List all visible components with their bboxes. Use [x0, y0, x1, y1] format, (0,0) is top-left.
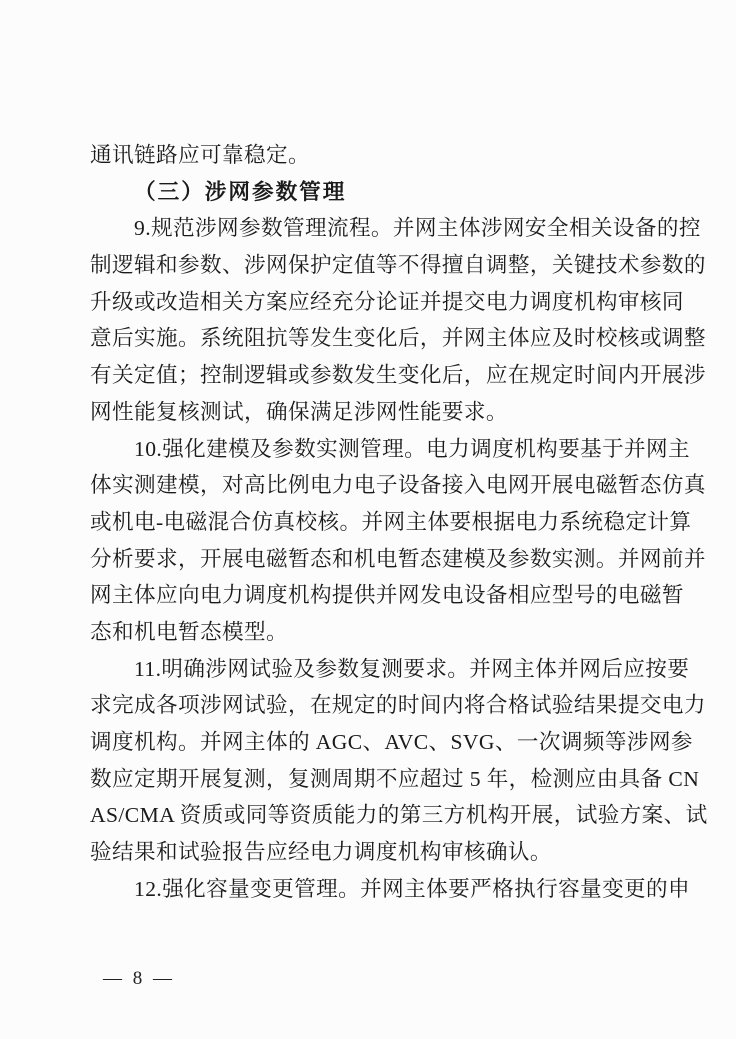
text-line: 9.规范涉网参数管理流程。并网主体涉网安全相关设备的控 — [90, 210, 662, 247]
text-line: 数应定期开展复测，复测周期不应超过 5 年，检测应由具备 CN — [90, 761, 662, 798]
text-line: （三）涉网参数管理 — [90, 174, 662, 211]
text-line: 分析要求，开展电磁暂态和机电暂态建模及参数实测。并网前并 — [90, 541, 662, 578]
text-line: 验结果和试验报告应经电力调度机构审核确认。 — [90, 834, 662, 871]
text-line: 态和机电暂态模型。 — [90, 614, 662, 651]
text-line: 12.强化容量变更管理。并网主体要严格执行容量变更的申 — [90, 871, 662, 908]
text-line: 升级或改造相关方案应经充分论证并提交电力调度机构审核同 — [90, 284, 662, 321]
text-line: 调度机构。并网主体的 AGC、AVC、SVG、一次调频等涉网参 — [90, 724, 662, 761]
text-line: 意后实施。系统阻抗等发生变化后，并网主体应及时校核或调整 — [90, 320, 662, 357]
text-line: 制逻辑和参数、涉网保护定值等不得擅自调整，关键技术参数的 — [90, 247, 662, 284]
text-line: 或机电-电磁混合仿真校核。并网主体要根据电力系统稳定计算 — [90, 504, 662, 541]
text-line: 10.强化建模及参数实测管理。电力调度机构要基于并网主 — [90, 431, 662, 468]
text-line: 求完成各项涉网试验，在规定的时间内将合格试验结果提交电力 — [90, 687, 662, 724]
text-line: 网性能复核测试，确保满足涉网性能要求。 — [90, 394, 662, 431]
text-line: 有关定值；控制逻辑或参数发生变化后，应在规定时间内开展涉 — [90, 357, 662, 394]
text-line: 通讯链路应可靠稳定。 — [90, 137, 662, 174]
text-line: 网主体应向电力调度机构提供并网发电设备相应型号的电磁暂 — [90, 577, 662, 614]
document-page: 通讯链路应可靠稳定。 （三）涉网参数管理 9.规范涉网参数管理流程。并网主体涉网… — [0, 0, 736, 1039]
text-line: 11.明确涉网试验及参数复测要求。并网主体并网后应按要 — [90, 651, 662, 688]
text-line: AS/CMA 资质或同等资质能力的第三方机构开展，试验方案、试 — [90, 797, 662, 834]
page-number: — 8 — — [103, 968, 175, 990]
document-body-text: 通讯链路应可靠稳定。 （三）涉网参数管理 9.规范涉网参数管理流程。并网主体涉网… — [90, 137, 662, 907]
text-line: 体实测建模，对高比例电力电子设备接入电网开展电磁暂态仿真 — [90, 467, 662, 504]
